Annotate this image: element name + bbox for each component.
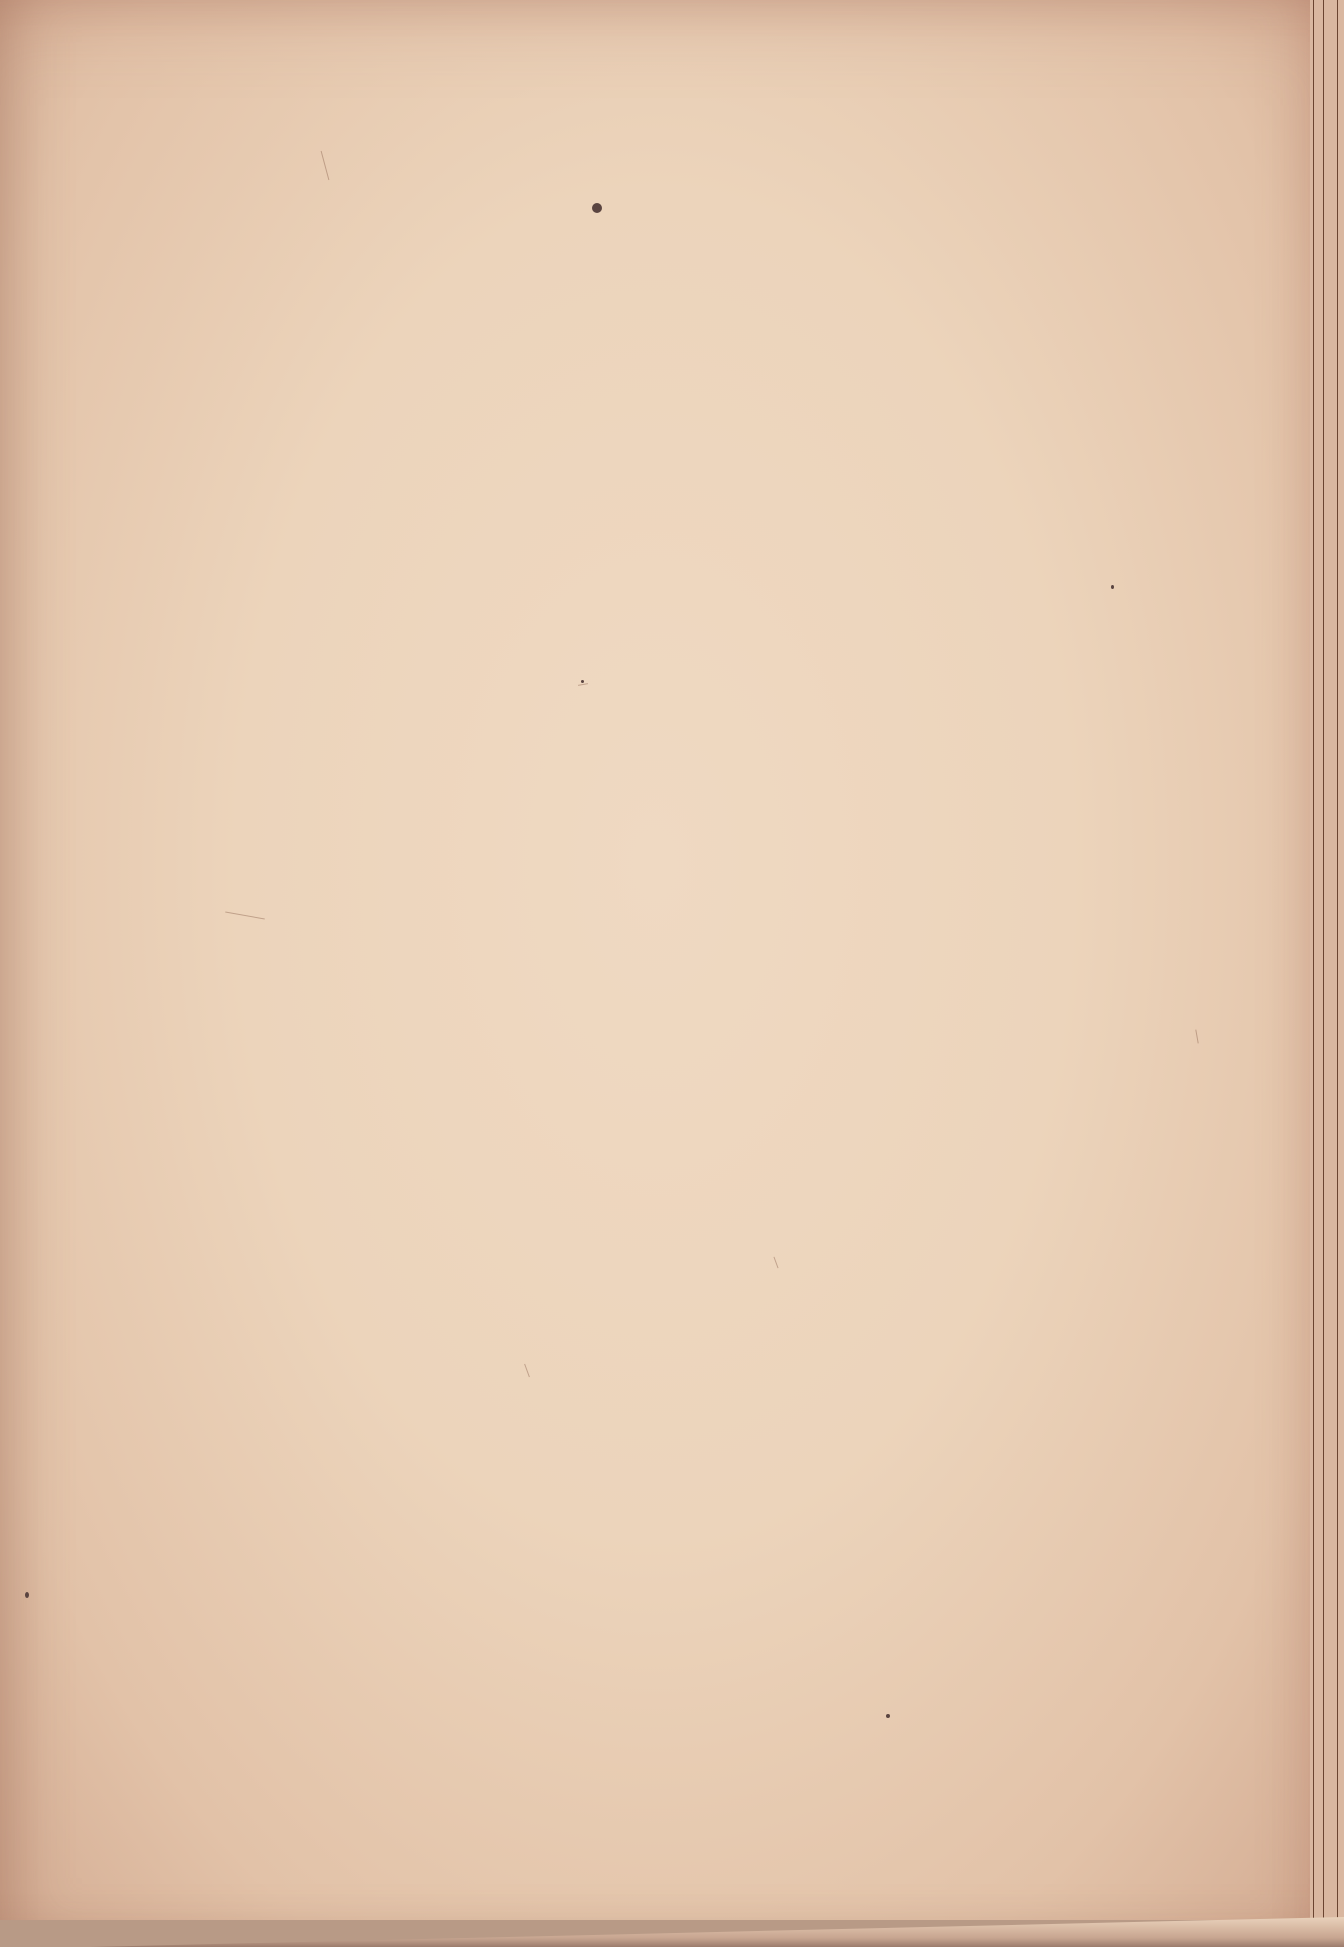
paper-fiber [225, 912, 265, 920]
stacked-page-edges [1310, 0, 1344, 1947]
paper-fiber [1195, 1030, 1198, 1044]
paper-fiber [773, 1257, 778, 1269]
ink-speck [592, 203, 602, 213]
paper-fiber [524, 1364, 530, 1377]
paper-speck [886, 1714, 890, 1718]
paper-fiber [321, 151, 330, 180]
book-page [0, 0, 1310, 1920]
bottom-page-edges [90, 1917, 1344, 1947]
paper-fiber [578, 683, 588, 686]
bleed-through-text [200, 575, 920, 615]
paper-speck [25, 1592, 29, 1598]
page-edge-line [1313, 0, 1314, 1947]
page-edge-line [1337, 0, 1338, 1947]
paper-speck [581, 680, 584, 683]
paper-speck [1111, 585, 1114, 589]
page-edge-line [1323, 0, 1324, 1947]
